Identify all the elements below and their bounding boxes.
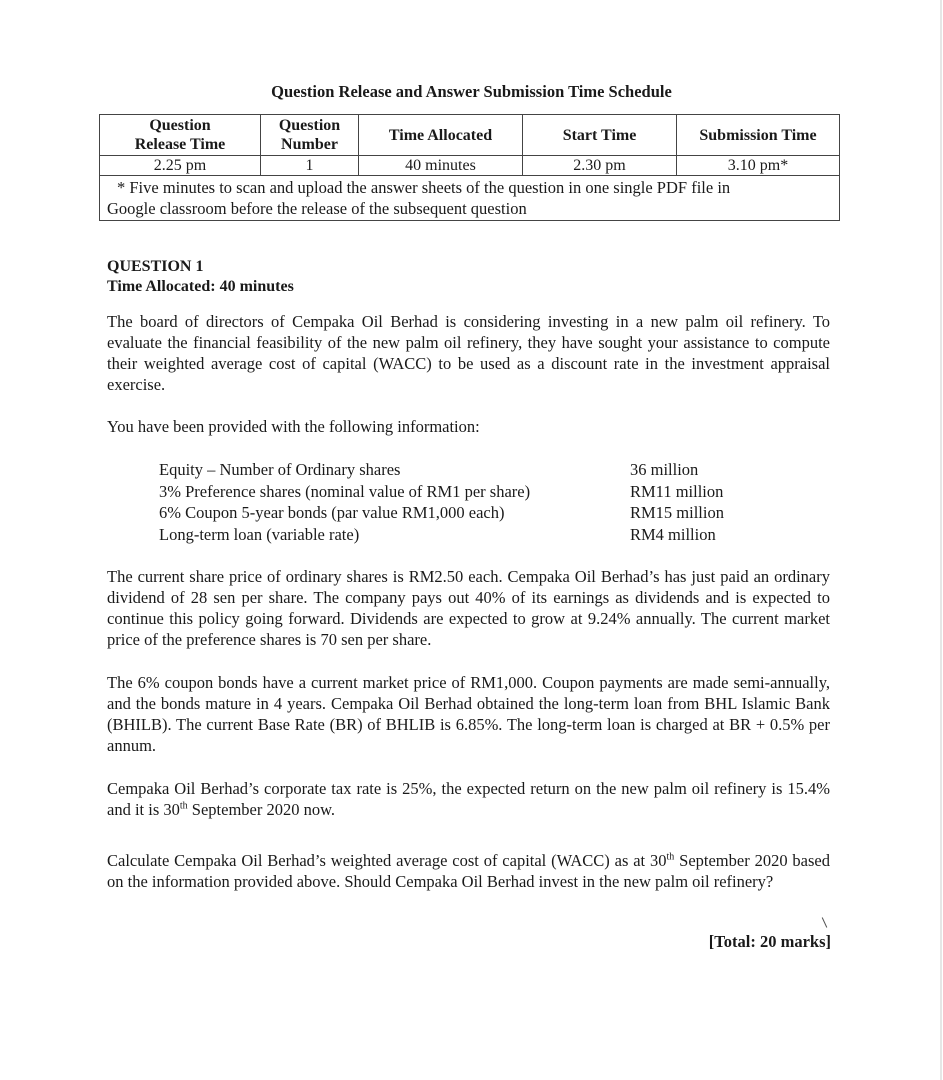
info-label: 3% Preference shares (nominal value of R…	[159, 481, 630, 503]
schedule-table: Question Release Time Question Number Ti…	[99, 114, 840, 221]
note-line-2: Google classroom before the release of t…	[107, 198, 839, 219]
task-paragraph: Calculate Cempaka Oil Berhad’s weighted …	[107, 850, 830, 892]
list-item: Equity – Number of Ordinary shares 36 mi…	[159, 459, 724, 481]
intro-paragraph: The board of directors of Cempaka Oil Be…	[107, 311, 830, 395]
header-text: Question	[279, 117, 340, 134]
header-time-allocated: Time Allocated	[359, 115, 523, 156]
pen-mark	[822, 917, 828, 927]
schedule-note: * Five minutes to scan and upload the an…	[100, 176, 840, 221]
table-row: 2.25 pm 1 40 minutes 2.30 pm 3.10 pm*	[100, 156, 840, 176]
tax-paragraph: Cempaka Oil Berhad’s corporate tax rate …	[107, 778, 830, 820]
cell-start-time: 2.30 pm	[523, 156, 677, 176]
info-label: Equity – Number of Ordinary shares	[159, 459, 630, 481]
schedule-title: Question Release and Answer Submission T…	[0, 82, 943, 102]
schedule-note-row: * Five minutes to scan and upload the an…	[100, 176, 840, 221]
page-edge-divider	[940, 0, 942, 1080]
header-start-time: Start Time	[523, 115, 677, 156]
info-value: RM11 million	[630, 481, 723, 503]
total-marks: [Total: 20 marks]	[709, 932, 831, 952]
provided-info-text: You have been provided with the followin…	[107, 416, 830, 437]
list-item: 6% Coupon 5-year bonds (par value RM1,00…	[159, 502, 724, 524]
note-line-1: * Five minutes to scan and upload the an…	[117, 178, 730, 197]
shares-paragraph: The current share price of ordinary shar…	[107, 566, 830, 650]
schedule-header-row: Question Release Time Question Number Ti…	[100, 115, 840, 156]
header-text: Number	[281, 136, 338, 153]
info-value: 36 million	[630, 459, 698, 481]
header-text: Release Time	[135, 136, 226, 153]
cell-time-allocated: 40 minutes	[359, 156, 523, 176]
list-item: Long-term loan (variable rate) RM4 milli…	[159, 524, 724, 546]
cell-question-number: 1	[261, 156, 359, 176]
question-time-allocated: Time Allocated: 40 minutes	[107, 277, 294, 297]
header-release-time: Question Release Time	[100, 115, 261, 156]
cell-release-time: 2.25 pm	[100, 156, 261, 176]
header-submission-time: Submission Time	[677, 115, 840, 156]
task-text: Calculate Cempaka Oil Berhad’s weighted …	[107, 851, 667, 870]
info-label: Long-term loan (variable rate)	[159, 524, 630, 546]
header-text: Question	[149, 117, 210, 134]
question-heading: QUESTION 1	[107, 257, 294, 277]
info-value: RM4 million	[630, 524, 716, 546]
tax-text-end: September 2020 now.	[188, 800, 335, 819]
ordinal-suffix: th	[180, 801, 188, 812]
question-header: QUESTION 1 Time Allocated: 40 minutes	[107, 257, 294, 297]
info-value: RM15 million	[630, 502, 724, 524]
bonds-paragraph: The 6% coupon bonds have a current marke…	[107, 672, 830, 756]
info-label: 6% Coupon 5-year bonds (par value RM1,00…	[159, 502, 630, 524]
header-question-number: Question Number	[261, 115, 359, 156]
cell-submission-time: 3.10 pm*	[677, 156, 840, 176]
list-item: 3% Preference shares (nominal value of R…	[159, 481, 724, 503]
capital-structure-list: Equity – Number of Ordinary shares 36 mi…	[159, 459, 724, 545]
